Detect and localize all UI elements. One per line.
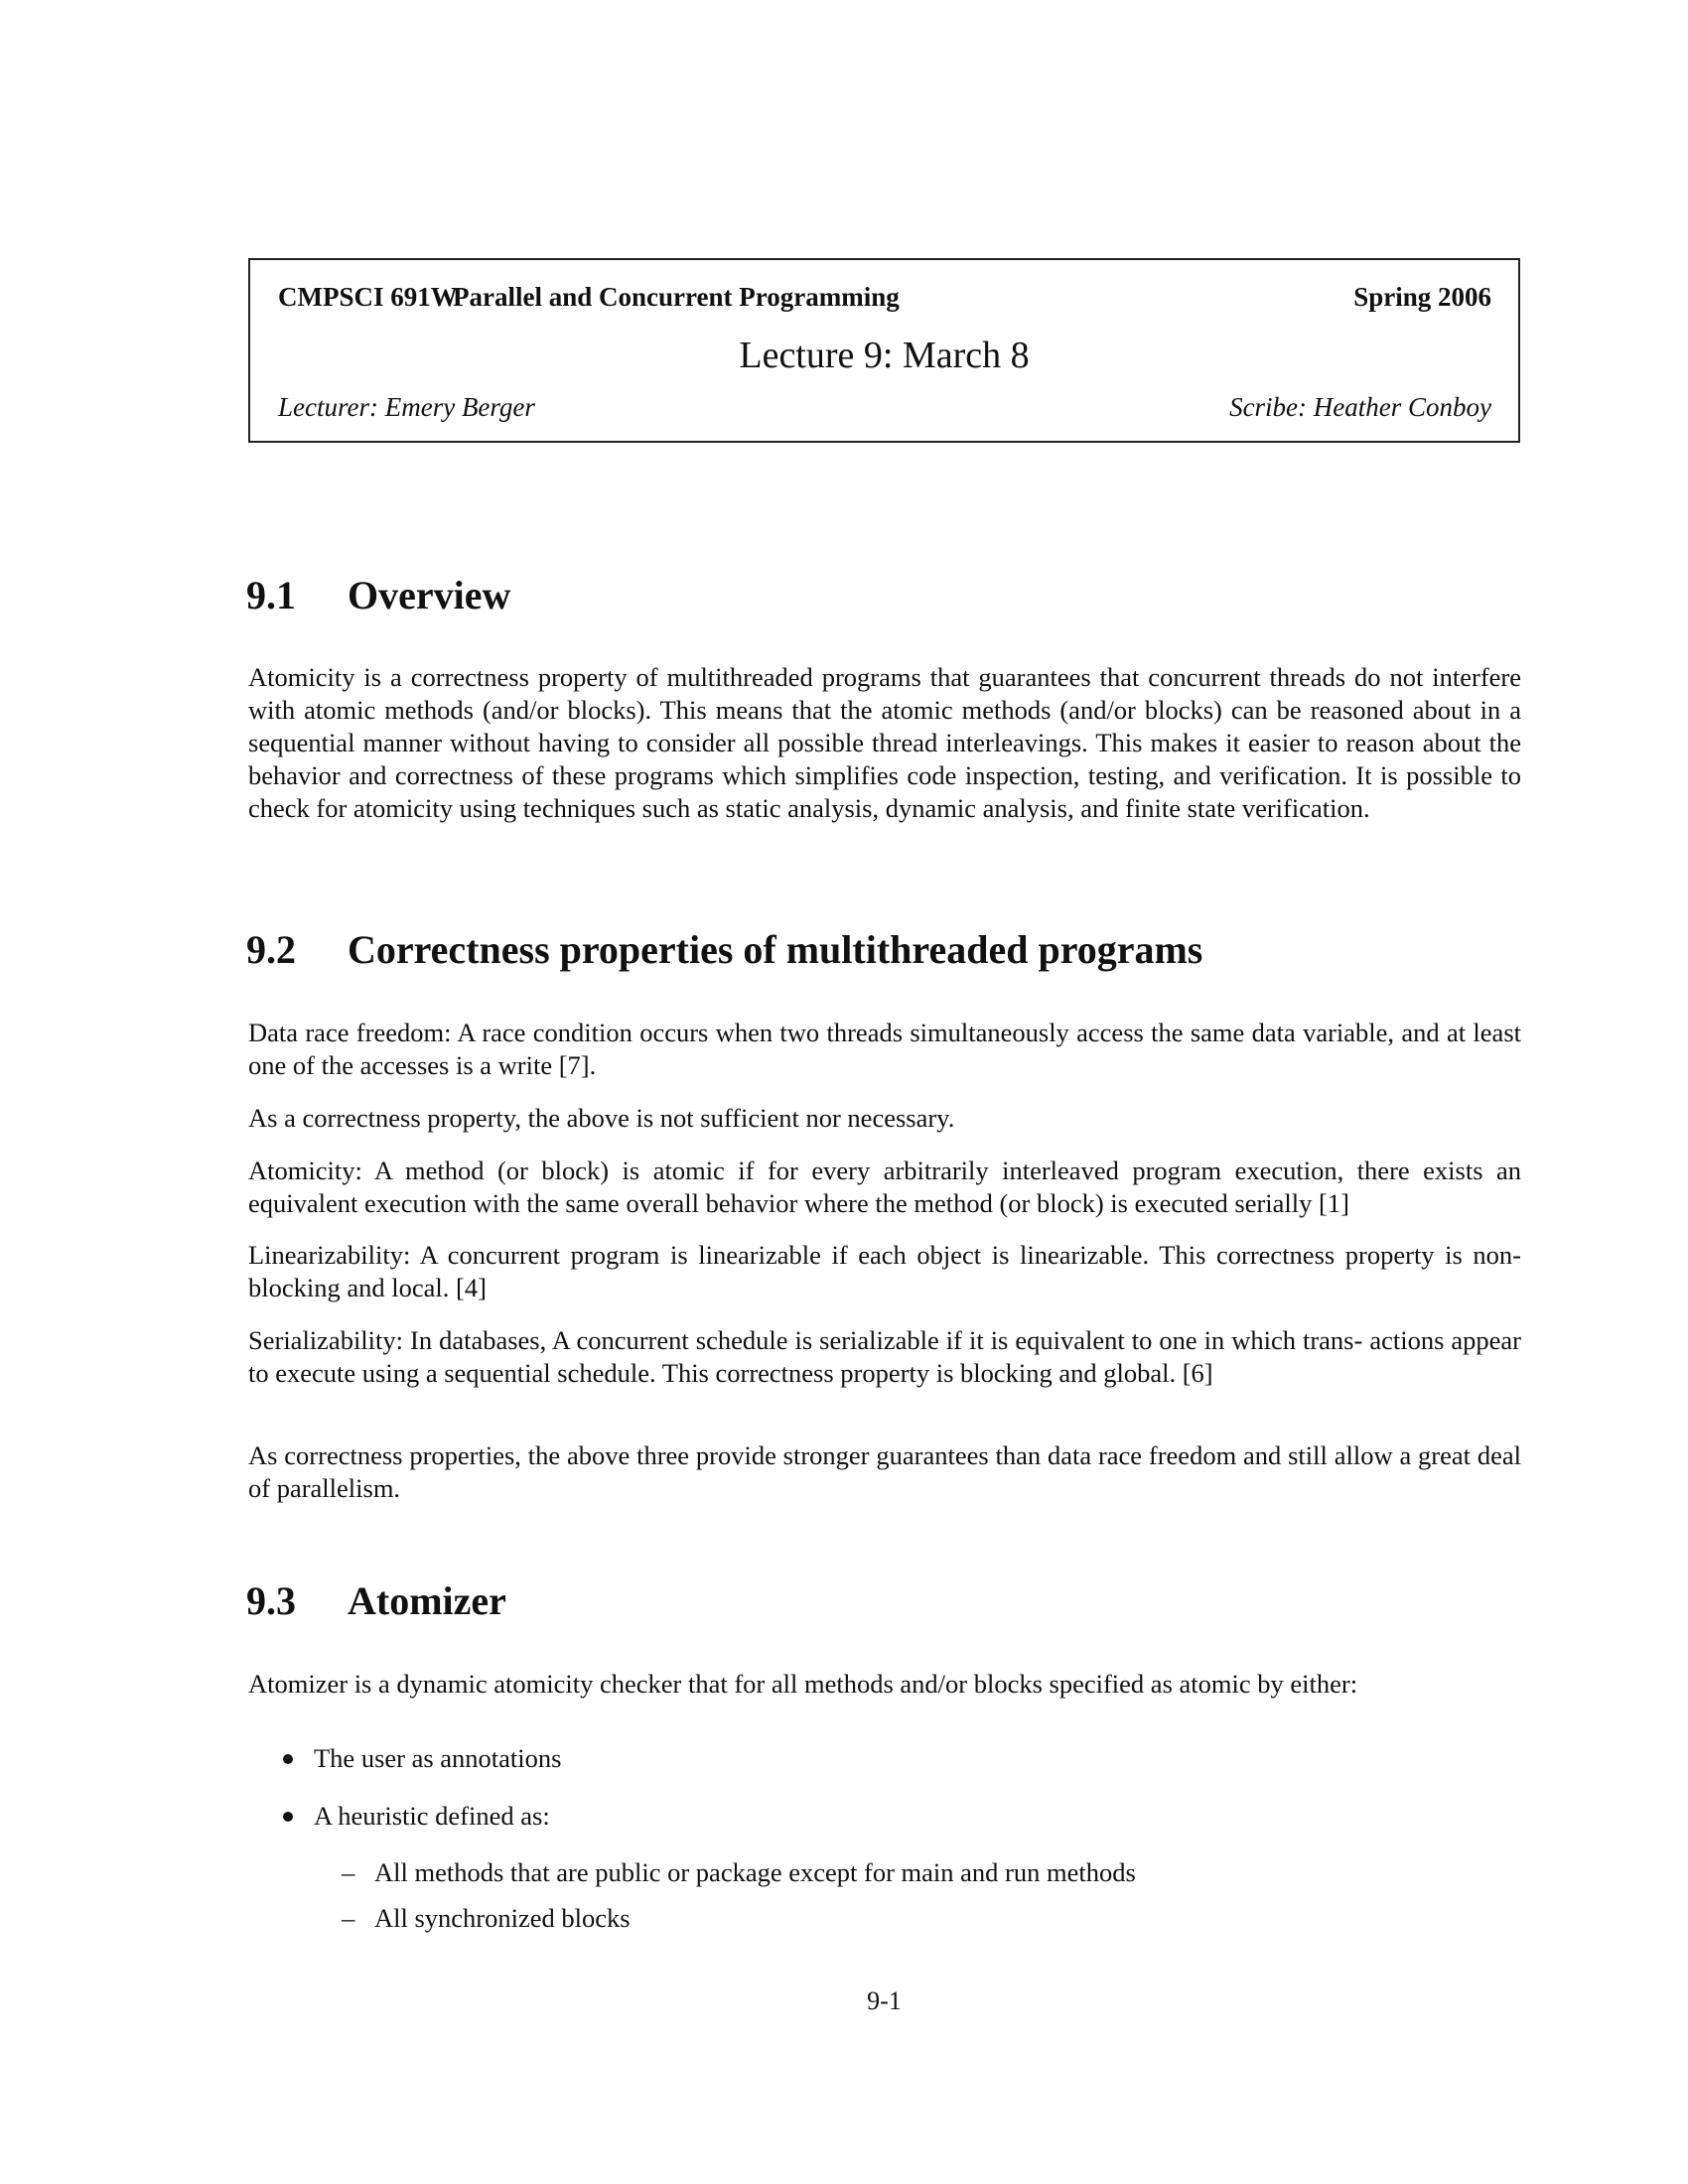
sub-list-item: – All synchronized blocks: [374, 1905, 631, 1932]
paragraph-serializability: Serializability: In databases, A concurr…: [248, 1324, 1521, 1390]
atomizer-intro: Atomizer is a dynamic atomicity checker …: [248, 1668, 1521, 1701]
dash-bullet-icon: –: [342, 1905, 354, 1932]
section-title: Correctness properties of multithreaded …: [348, 927, 1202, 972]
dash-bullet-icon: –: [342, 1859, 354, 1886]
sub-list-item-text: All methods that are public or package e…: [374, 1857, 1136, 1887]
course-code: CMPSCI 691W: [278, 284, 458, 311]
list-item-text: A heuristic defined as:: [314, 1801, 550, 1831]
term: Spring 2006: [1353, 284, 1491, 311]
lecturer: Lecturer: Emery Berger: [278, 394, 535, 421]
paragraph-data-race-freedom: Data race freedom: A race condition occu…: [248, 1017, 1521, 1082]
paragraph-stronger-guarantees: As correctness properties, the above thr…: [248, 1439, 1521, 1505]
section-heading-correctness: 9.2Correctness properties of multithread…: [246, 930, 1202, 970]
lecture-title: Lecture 9: March 8: [0, 337, 1688, 374]
list-item: A heuristic defined as:: [314, 1803, 550, 1830]
scribe: Scribe: Heather Conboy: [1229, 394, 1491, 421]
overview-paragraph: Atomicity is a correctness property of m…: [248, 661, 1521, 825]
page-number: 9-1: [0, 1988, 1688, 2014]
section-heading-overview: 9.1Overview: [246, 576, 510, 615]
paragraph-linearizability: Linearizability: A concurrent program is…: [248, 1239, 1521, 1304]
section-title: Atomizer: [348, 1578, 506, 1623]
bullet-icon: [283, 1754, 293, 1764]
section-number: 9.3: [246, 1581, 348, 1621]
paragraph-not-sufficient: As a correctness property, the above is …: [248, 1102, 1521, 1135]
bullet-icon: [283, 1812, 293, 1822]
paragraph-atomicity: Atomicity: A method (or block) is atomic…: [248, 1155, 1521, 1220]
list-item-text: The user as annotations: [314, 1743, 561, 1773]
course-title: Parallel and Concurrent Programming: [453, 284, 900, 311]
section-number: 9.1: [246, 576, 348, 615]
sub-list-item-text: All synchronized blocks: [374, 1903, 631, 1933]
section-heading-atomizer: 9.3Atomizer: [246, 1581, 506, 1621]
list-item: The user as annotations: [314, 1745, 561, 1772]
section-title: Overview: [348, 573, 510, 617]
sub-list-item: – All methods that are public or package…: [374, 1859, 1136, 1886]
section-number: 9.2: [246, 930, 348, 970]
